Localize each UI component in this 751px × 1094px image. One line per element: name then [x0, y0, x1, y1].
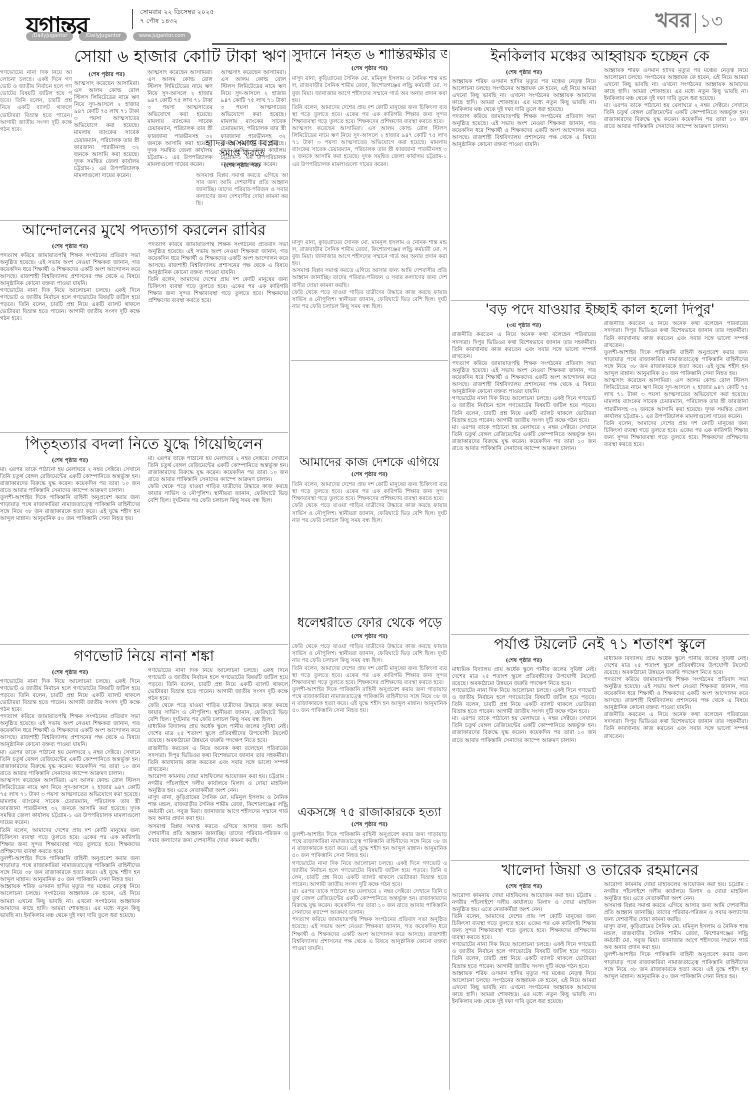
article-body: পদত্যাগ করিয়ে জামায়াতপন্থি শিক্ষক সংগঠ… — [452, 114, 596, 149]
section-divider — [695, 13, 696, 33]
article-dhaleshwari-ferry: ধলেশ্বরীতে ফেরি থেকে পড়ে (শেষ পৃষ্ঠার প… — [292, 617, 447, 797]
article-toilet-schools: পর্যাপ্ত টয়লেট নেই ৭১ শতাংশ স্কুলে (শেষ… — [452, 636, 748, 858]
article-body: ফেরি থেকে পড়ে যাওয়া গাড়ির যাত্রীদের উ… — [292, 644, 447, 665]
article-body: আত্মসাৎ করেছেন আসামিরা। এস আলম কোল্ড রোল… — [74, 81, 139, 180]
article-body: গণভোটের নানা দিক নিয়ে আলোচনা চলছে। একই … — [0, 679, 140, 714]
masthead: যুগান্তর সোমবার ২২ ডিসেম্বর ২০২৫ ৭ পৌষ ১… — [0, 0, 751, 46]
article-body: মা। এরপর তাকে পাঠানো হয় মেলাঘরে ২ নম্বর… — [0, 467, 140, 495]
article-body: রাজনীতি করতেন এ নিয়ে অনেক কথা বলেছেন পর… — [148, 746, 288, 774]
article-body: তিনি বলেন, আমাদের দেশের প্রায় দশ কোটি ম… — [292, 666, 447, 687]
social-x-link[interactable]: /DailyJugantor — [26, 32, 73, 41]
social-facebook-link[interactable]: /DailyJugantor — [79, 32, 126, 41]
article-khaleda-tarique: খালেদা জিয়া ও তারেক রহমানের (শেষ পৃষ্ঠা… — [452, 862, 748, 1092]
continued-label: (শেষ পৃষ্ঠার পর) — [452, 70, 596, 77]
article-body: গণভোটের নানা দিক নিয়ে আলোচনা চলছে। একই … — [0, 288, 140, 323]
article-sudan-peacekeepers: সুদানে নিহত ৬ শান্তিরক্ষীর জানাজা (শেষ প… — [292, 48, 447, 238]
article-body: তুলশী-আশাইর দিকে পাকিস্তানি বাহিনী অনুপ্… — [0, 856, 140, 884]
article-body: গণভোটের নানা দিক নিয়ে আলোচনা চলছে। একই … — [148, 668, 288, 703]
article-body: অসমাপ্ত বিপ্লব সমাপ্ত করতে এগিয়ে আসার জ… — [148, 824, 288, 845]
article-body: তিনি বলেন, আমাদের দেশের প্রায় দশ কোটি ম… — [452, 914, 596, 942]
article-continuation-mid: মাসুদ রানা, কুড়িগ্রামের সৈনিক মো. মমিনু… — [292, 240, 447, 360]
article-rabi-resign: আন্দোলনের মুখে পদত্যাগ করলেন রাবির (শেষ … — [0, 222, 288, 427]
article-father-revenge: পিতৃহত্যার বদলা নিতে যুদ্ধে গিয়েছিলেন (… — [0, 436, 288, 641]
article-body: রাজনীতি করতেন এ নিয়ে অনেক কথা বলেছেন পর… — [452, 332, 596, 360]
continued-label: (শেষ পৃষ্ঠার পর) — [74, 72, 139, 79]
article-body: পদত্যাগ করিয়ে জামায়াতপন্থি শিক্ষক সংগঠ… — [292, 917, 447, 952]
header-rule — [212, 43, 727, 45]
article-body: আত্মসাৎ করেছেন আসামিরা। এস আলম কোল্ড রোল… — [0, 778, 140, 828]
newspaper-logo: যুগান্তর — [26, 8, 88, 48]
article-divider — [0, 432, 288, 433]
article-body: তিনি বলেন, আমাদের দেশের প্রায় দশ কোটি ম… — [604, 421, 748, 449]
article-divider — [451, 634, 749, 635]
column-divider — [289, 50, 290, 1090]
article-body: মা। এরপর তাকে পাঠানো হয় মেলাঘরে ২ নম্বর… — [604, 103, 748, 131]
article-body: মাধ্যমিক বিদ্যালয় প্রায় অর্ধেক স্কুলে … — [604, 656, 748, 677]
article-body: মাসুদ রানা, কুড়িগ্রামের সৈনিক মো. মমিনু… — [148, 795, 288, 823]
article-body: অসমাপ্ত বিপ্লব সমাপ্ত করতে এগিয়ে আসার জ… — [196, 173, 288, 208]
article-body: আহ্বায়ক শরিফ ওসমান হাদির মৃত্যুর পর মঞ্… — [452, 971, 596, 1006]
article-body: মাধ্যমিক বিদ্যালয় প্রায় অর্ধেক স্কুলে … — [452, 667, 596, 688]
article-our-work: আমাদের কাজ দেশকে এগিয়ে (শেষ পৃষ্ঠার পর)… — [292, 456, 447, 616]
article-body: গণভোটের নানা দিক নিয়ে আলোচনা চলছে। একই … — [452, 396, 596, 424]
page-number: ১৩ — [700, 7, 723, 38]
article-body: আরোগ্য কামনায় দোয়া মাহফিলের আয়োজন করা… — [604, 882, 748, 903]
article-body: পদত্যাগ করিয়ে জামায়াতপন্থি শিক্ষক সংগঠ… — [604, 677, 748, 712]
article-body: অসমাপ্ত বিপ্লব সমাপ্ত করতে এগিয়ে আসার জ… — [604, 903, 748, 924]
article-body: ফেরি থেকে পড়ে যাওয়া গাড়ির যাত্রীদের উ… — [148, 703, 288, 724]
article-body: গণভোটের নানা দিক নিয়ে আলোচনা চলছে। একই … — [292, 861, 447, 889]
date-gregorian: সোমবার ২২ ডিসেম্বর ২০২৫ — [140, 8, 214, 17]
article-referendum: গণভোট নিয়ে নানা শঙ্কা (শেষ পৃষ্ঠার পর)গ… — [0, 648, 288, 1092]
logo-divider — [132, 9, 133, 29]
article-headline: গণভোট নিয়ে নানা শঙ্কা — [0, 648, 288, 665]
article-body: পদত্যাগ করিয়ে জামায়াতপন্থি শিক্ষক সংগঠ… — [148, 242, 288, 277]
continued-label: (শেষ পৃষ্ঠার পর) — [452, 884, 596, 891]
section-name: খবর — [655, 6, 690, 39]
article-dipu-ambition: 'বড় পদে যাওয়ার ইচ্ছাই কাল হলো দিপুর' (… — [452, 303, 748, 598]
article-headline: সোয়া ৬ হাজার কোটি টাকা ঋণ — [74, 48, 286, 67]
website-link[interactable]: www.jugantor.com — [133, 32, 191, 41]
article-hadi-unfinished: হাদির অসমাপ্ত বিপ্লব সমাপ্ত করতে (শেষ পৃ… — [196, 140, 288, 220]
article-body: মা। এরপর তাকে পাঠানো হয় মেলাঘরে ২ নম্বর… — [452, 425, 596, 453]
article-headline: আমাদের কাজ দেশকে এগিয়ে — [292, 456, 447, 469]
continued-label: (শেষ পৃষ্ঠার পর) — [0, 458, 140, 465]
article-body: রাজনীতি করতেন এ নিয়ে অনেক কথা বলেছেন পর… — [604, 321, 748, 349]
article-body: আত্মসাৎ করেছেন আসামিরা। এস আলম কোল্ড রোল… — [292, 126, 447, 169]
article-body: গণভোটের নানা দিক নিয়ে আলোচনা চলছে। একই … — [0, 70, 72, 134]
column-divider — [449, 50, 450, 1090]
article-divider — [0, 644, 288, 645]
article-headline: খালেদা জিয়া ও তারেক রহমানের — [452, 862, 748, 879]
article-inqilab-convener: ইনকিলাব মঞ্চের আহ্বায়ক হচ্ছেন কে (শেষ প… — [452, 48, 748, 298]
article-body: আরোগ্য কামনায় দোয়া মাহফিলের আয়োজন করা… — [148, 774, 288, 795]
article-headline: পর্যাপ্ত টয়লেট নেই ৭১ শতাংশ স্কুলে — [452, 636, 748, 653]
article-body: মাসুদ রানা, কুড়িগ্রামের সৈনিক মো. মমিনু… — [292, 76, 447, 104]
continued-label: (শেষ পৃষ্ঠার পর) — [292, 633, 447, 642]
continued-label: (শেষ পৃষ্ঠার পর) — [196, 162, 288, 171]
article-body: গণভোটের নানা দিক নিয়ে আলোচনা চলছে। একই … — [452, 942, 596, 970]
article-headline: আন্দোলনের মুখে পদত্যাগ করলেন রাবির — [0, 222, 288, 239]
article-body: আহ্বায়ক শরিফ ওসমান হাদির মৃত্যুর পর মঞ্… — [604, 68, 748, 103]
article-body: তিনি বলেন, আমাদের দেশের প্রায় দশ কোটি ম… — [292, 105, 447, 126]
continued-label: (শেষ পৃষ্ঠার পর) — [292, 821, 447, 830]
article-divider — [0, 220, 288, 221]
continued-label: (শেষ পৃষ্ঠার পর) — [452, 658, 596, 665]
article-body: ফেরি থেকে পড়ে যাওয়া গাড়ির যাত্রীদের উ… — [148, 484, 288, 505]
article-body: গণভোটের নানা দিক নিয়ে আলোচনা চলছে। একই … — [452, 688, 596, 716]
article-body: পদত্যাগ করিয়ে জামায়াতপন্থি শিক্ষক সংগঠ… — [0, 253, 140, 288]
continued-label: (শেষ পৃষ্ঠার পর) — [292, 65, 447, 74]
continued-label: (শেষ পৃষ্ঠার পর) — [0, 244, 140, 251]
article-body: তুলশী-আশাইর দিকে পাকিস্তানি বাহিনী অনুপ্… — [292, 832, 447, 860]
article-headline: ইনকিলাব মঞ্চের আহ্বায়ক হচ্ছেন কে — [452, 48, 748, 65]
article-body: তুলশী-আশাইর দিকে পাকিস্তানি বাহিনী অনুপ্… — [604, 350, 748, 378]
article-body: তুলশী-আশাইর দিকে পাকিস্তানি বাহিনী অনুপ্… — [0, 495, 140, 523]
article-divider — [291, 360, 448, 361]
article-body: তিনি বলেন, আমাদের দেশের প্রায় দশ কোটি ম… — [148, 277, 288, 305]
article-body: মা। এরপর তাকে পাঠানো হয় মেলাঘরে ২ নম্বর… — [452, 716, 596, 744]
article-body: ফেরি থেকে পড়ে যাওয়া গাড়ির যাত্রীদের উ… — [292, 503, 447, 524]
continued-label: (শেষ পৃষ্ঠার পর) — [292, 471, 447, 480]
article-left-strip: গণভোটের নানা দিক নিয়ে আলোচনা চলছে। একই … — [0, 70, 72, 220]
social-links: /DailyJugantor /DailyJugantor www.jugant… — [26, 32, 191, 41]
article-headline: 'বড় পদে যাওয়ার ইচ্ছাই কাল হলো দিপুর' — [452, 303, 748, 318]
article-divider — [451, 860, 749, 861]
article-75-razakars: একসঙ্গে ৭৫ রাজাকারকে হত্যা (শেষ পৃষ্ঠার … — [292, 806, 447, 1092]
article-body: মা। এরপর তাকে পাঠানো হয় মেলাঘরে ২ নম্বর… — [0, 750, 140, 778]
article-body: তুলশী-আশাইর দিকে পাকিস্তানি বাহিনী অনুপ্… — [292, 687, 447, 715]
article-divider — [451, 300, 749, 301]
article-body: তুলশী-আশাইর দিকে পাকিস্তানি বাহিনী অনুপ্… — [604, 952, 748, 980]
continued-label: (শেষ পৃষ্ঠার পর) — [0, 670, 140, 677]
article-body: মাসুদ রানা, কুড়িগ্রামের সৈনিক মো. মমিনু… — [292, 240, 447, 268]
article-body: মাধ্যমিক বিদ্যালয় প্রায় অর্ধেক স্কুলে … — [148, 724, 288, 745]
article-headline: ধলেশ্বরীতে ফেরি থেকে পড়ে — [292, 617, 447, 631]
date-block: সোমবার ২২ ডিসেম্বর ২০২৫ ৭ পৌষ ১৪৩২ — [140, 8, 214, 26]
article-body: অসমাপ্ত বিপ্লব সমাপ্ত করতে এগিয়ে আসার জ… — [292, 268, 447, 289]
article-body: ফেরি থেকে পড়ে যাওয়া গাড়ির যাত্রীদের উ… — [292, 290, 447, 311]
article-body: আত্মসাৎ করেছেন আসামিরা। এস আলম কোল্ড রোল… — [604, 378, 748, 421]
section-header: খবর ১৩ — [655, 6, 723, 39]
article-body: রাজনীতি করতেন এ নিয়ে অনেক কথা বলেছেন পর… — [604, 712, 748, 740]
article-body: মা। এরপর তাকে পাঠানো হয় মেলাঘরে ২ নম্বর… — [292, 889, 447, 917]
article-body: মাসুদ রানা, কুড়িগ্রামের সৈনিক মো. মমিনু… — [604, 924, 748, 952]
article-headline: হাদির অসমাপ্ত বিপ্লব সমাপ্ত করতে — [196, 140, 288, 160]
continued-label: (৩য় পৃষ্ঠার পর) — [452, 323, 596, 330]
article-body: তিনি বলেন, আমাদের দেশের প্রায় দশ কোটি ম… — [0, 828, 140, 856]
article-body: মা। এরপর তাকে পাঠানো হয় মেলাঘরে ২ নম্বর… — [148, 456, 288, 484]
article-body: আরোগ্য কামনায় দোয়া মাহফিলের আয়োজন করা… — [452, 893, 596, 914]
article-body: আহ্বায়ক শরিফ ওসমান হাদির মৃত্যুর পর মঞ্… — [0, 884, 140, 919]
article-headline: একসঙ্গে ৭৫ রাজাকারকে হত্যা — [292, 806, 447, 819]
article-body: পদত্যাগ করিয়ে জামায়াতপন্থি শিক্ষক সংগঠ… — [452, 361, 596, 396]
article-body: তিনি বলেন, আমাদের দেশের প্রায় দশ কোটি ম… — [292, 482, 447, 503]
article-body: পদত্যাগ করিয়ে জামায়াতপন্থি শিক্ষক সংগঠ… — [0, 714, 140, 749]
article-body: আহ্বায়ক শরিফ ওসমান হাদির মৃত্যুর পর মঞ্… — [452, 79, 596, 114]
article-headline: পিতৃহত্যার বদলা নিতে যুদ্ধে গিয়েছিলেন — [0, 436, 288, 453]
date-bengali: ৭ পৌষ ১৪৩২ — [140, 17, 214, 26]
article-headline: সুদানে নিহত ৬ শান্তিরক্ষীর জানাজা — [292, 48, 447, 63]
